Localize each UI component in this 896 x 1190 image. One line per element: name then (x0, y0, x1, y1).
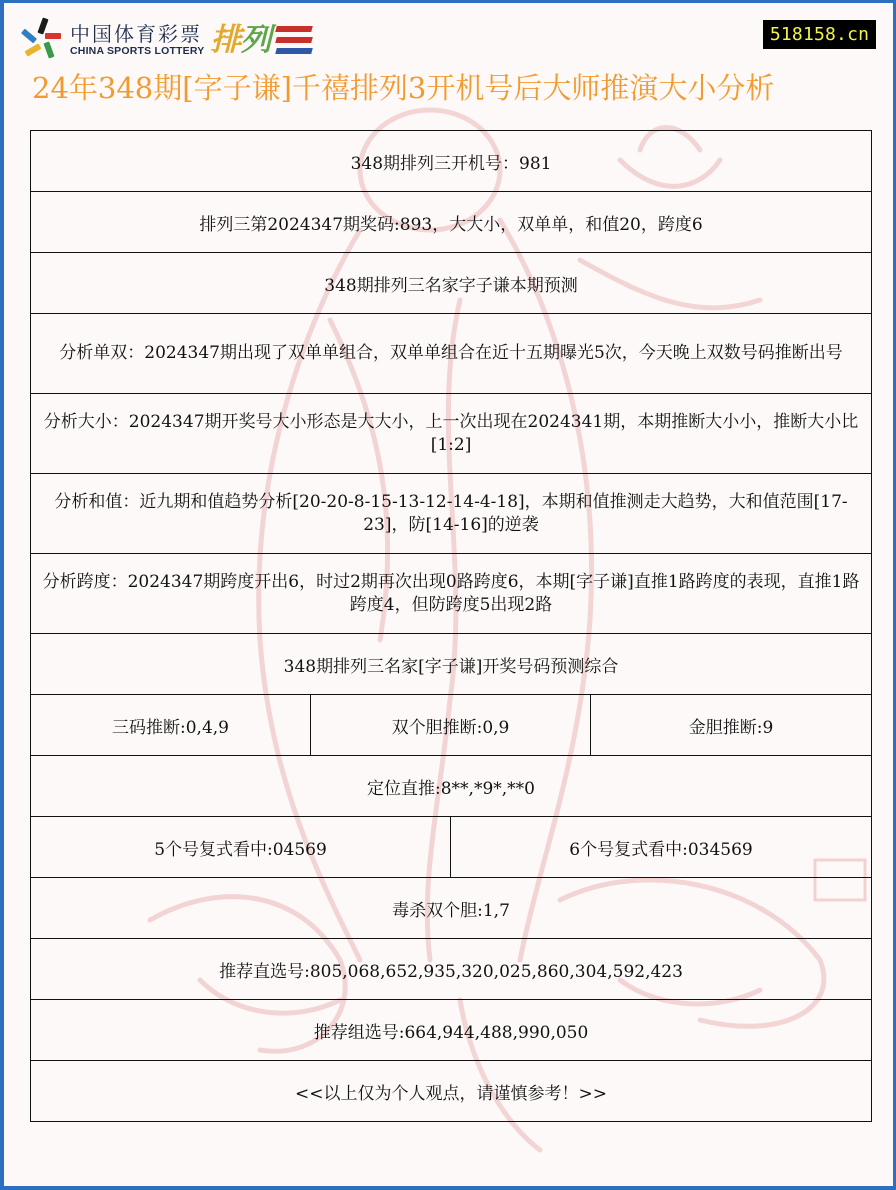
table-row: 348期排列三名家[字子谦]开奖号码预测综合 (31, 634, 872, 695)
table-row: 推荐直选号:805,068,652,935,320,025,860,304,59… (31, 939, 872, 1000)
span-analysis-cell: 分析跨度：2024347期跨度开出6，时过2期再次出现0路跨度6，本期[字子谦]… (31, 554, 872, 634)
table-row: 定位直推:8**,*9*,**0 (31, 756, 872, 817)
table-row: <<以上仅为个人观点，请谨慎参考！>> (31, 1061, 872, 1122)
group-picks-cell: 推荐组选号:664,944,488,990,050 (31, 1000, 872, 1061)
sum-analysis-cell: 分析和值：近九期和值趋势分析[20-20-8-15-13-12-14-4-18]… (31, 474, 872, 554)
section-heading-cell: 348期排列三名家字子谦本期预测 (31, 253, 872, 314)
china-sports-lottery-logo: 中国体育彩票 CHINA SPORTS LOTTERY 排 列 (20, 18, 312, 62)
logo-english-name: CHINA SPORTS LOTTERY (70, 45, 204, 58)
three-code-cell: 三码推断:0,4,9 (31, 695, 311, 756)
table-row: 排列三第2024347期奖码:893，大大小，双单单，和值20，跨度6 (31, 192, 872, 253)
table-row: 分析大小：2024347期开奖号大小形态是大大小，上一次出现在2024341期，… (31, 394, 872, 474)
site-badge: 518158.cn (763, 20, 876, 49)
table-row: 348期排列三名家字子谦本期预测 (31, 253, 872, 314)
big-small-analysis-cell: 分析大小：2024347期开奖号大小形态是大大小，上一次出现在2024341期，… (31, 394, 872, 474)
page-title: 24年348期[字子谦]千禧排列3开机号后大师推演大小分析 (32, 66, 872, 107)
table-row: 分析跨度：2024347期跨度开出6，时过2期再次出现0路跨度6，本期[字子谦]… (31, 554, 872, 634)
pailie-san-logo: 排 列 (210, 20, 312, 60)
previous-draw-cell: 排列三第2024347期奖码:893，大大小，双单单，和值20，跨度6 (31, 192, 872, 253)
kill-pair-cell: 毒杀双个胆:1,7 (31, 878, 872, 939)
table-row: 分析单双：2024347期出现了双单单组合，双单单组合在近十五期曝光5次，今天晚… (31, 314, 872, 394)
table-row: 推荐组选号:664,944,488,990,050 (31, 1000, 872, 1061)
three-bars-icon (276, 25, 312, 55)
logo-game-char-1: 排 (210, 20, 240, 60)
double-bile-cell: 双个胆推断:0,9 (311, 695, 591, 756)
table-row: 348期排列三开机号：981 (31, 131, 872, 192)
five-number-combo-cell: 5个号复式看中:04569 (31, 817, 451, 878)
lottery-star-icon (20, 18, 64, 62)
table-row: 分析和值：近九期和值趋势分析[20-20-8-15-13-12-14-4-18]… (31, 474, 872, 554)
disclaimer-cell: <<以上仅为个人观点，请谨慎参考！>> (31, 1061, 872, 1122)
golden-bile-cell: 金胆推断:9 (591, 695, 872, 756)
page-header: 中国体育彩票 CHINA SPORTS LOTTERY 排 列 518158.c… (0, 0, 896, 125)
table-row: 三码推断:0,4,9 双个胆推断:0,9 金胆推断:9 (31, 695, 872, 756)
table-row: 毒杀双个胆:1,7 (31, 878, 872, 939)
odd-even-analysis-cell: 分析单双：2024347期出现了双单单组合，双单单组合在近十五期曝光5次，今天晚… (31, 314, 872, 394)
direct-picks-cell: 推荐直选号:805,068,652,935,320,025,860,304,59… (31, 939, 872, 1000)
position-pick-cell: 定位直推:8**,*9*,**0 (31, 756, 872, 817)
trial-number-cell: 348期排列三开机号：981 (31, 131, 872, 192)
six-number-combo-cell: 6个号复式看中:034569 (451, 817, 872, 878)
prediction-table: 348期排列三开机号：981 排列三第2024347期奖码:893，大大小，双单… (30, 130, 872, 1122)
logo-chinese-name: 中国体育彩票 (70, 23, 204, 45)
summary-heading-cell: 348期排列三名家[字子谦]开奖号码预测综合 (31, 634, 872, 695)
logo-game-char-2: 列 (240, 20, 270, 60)
table-row: 5个号复式看中:04569 6个号复式看中:034569 (31, 817, 872, 878)
